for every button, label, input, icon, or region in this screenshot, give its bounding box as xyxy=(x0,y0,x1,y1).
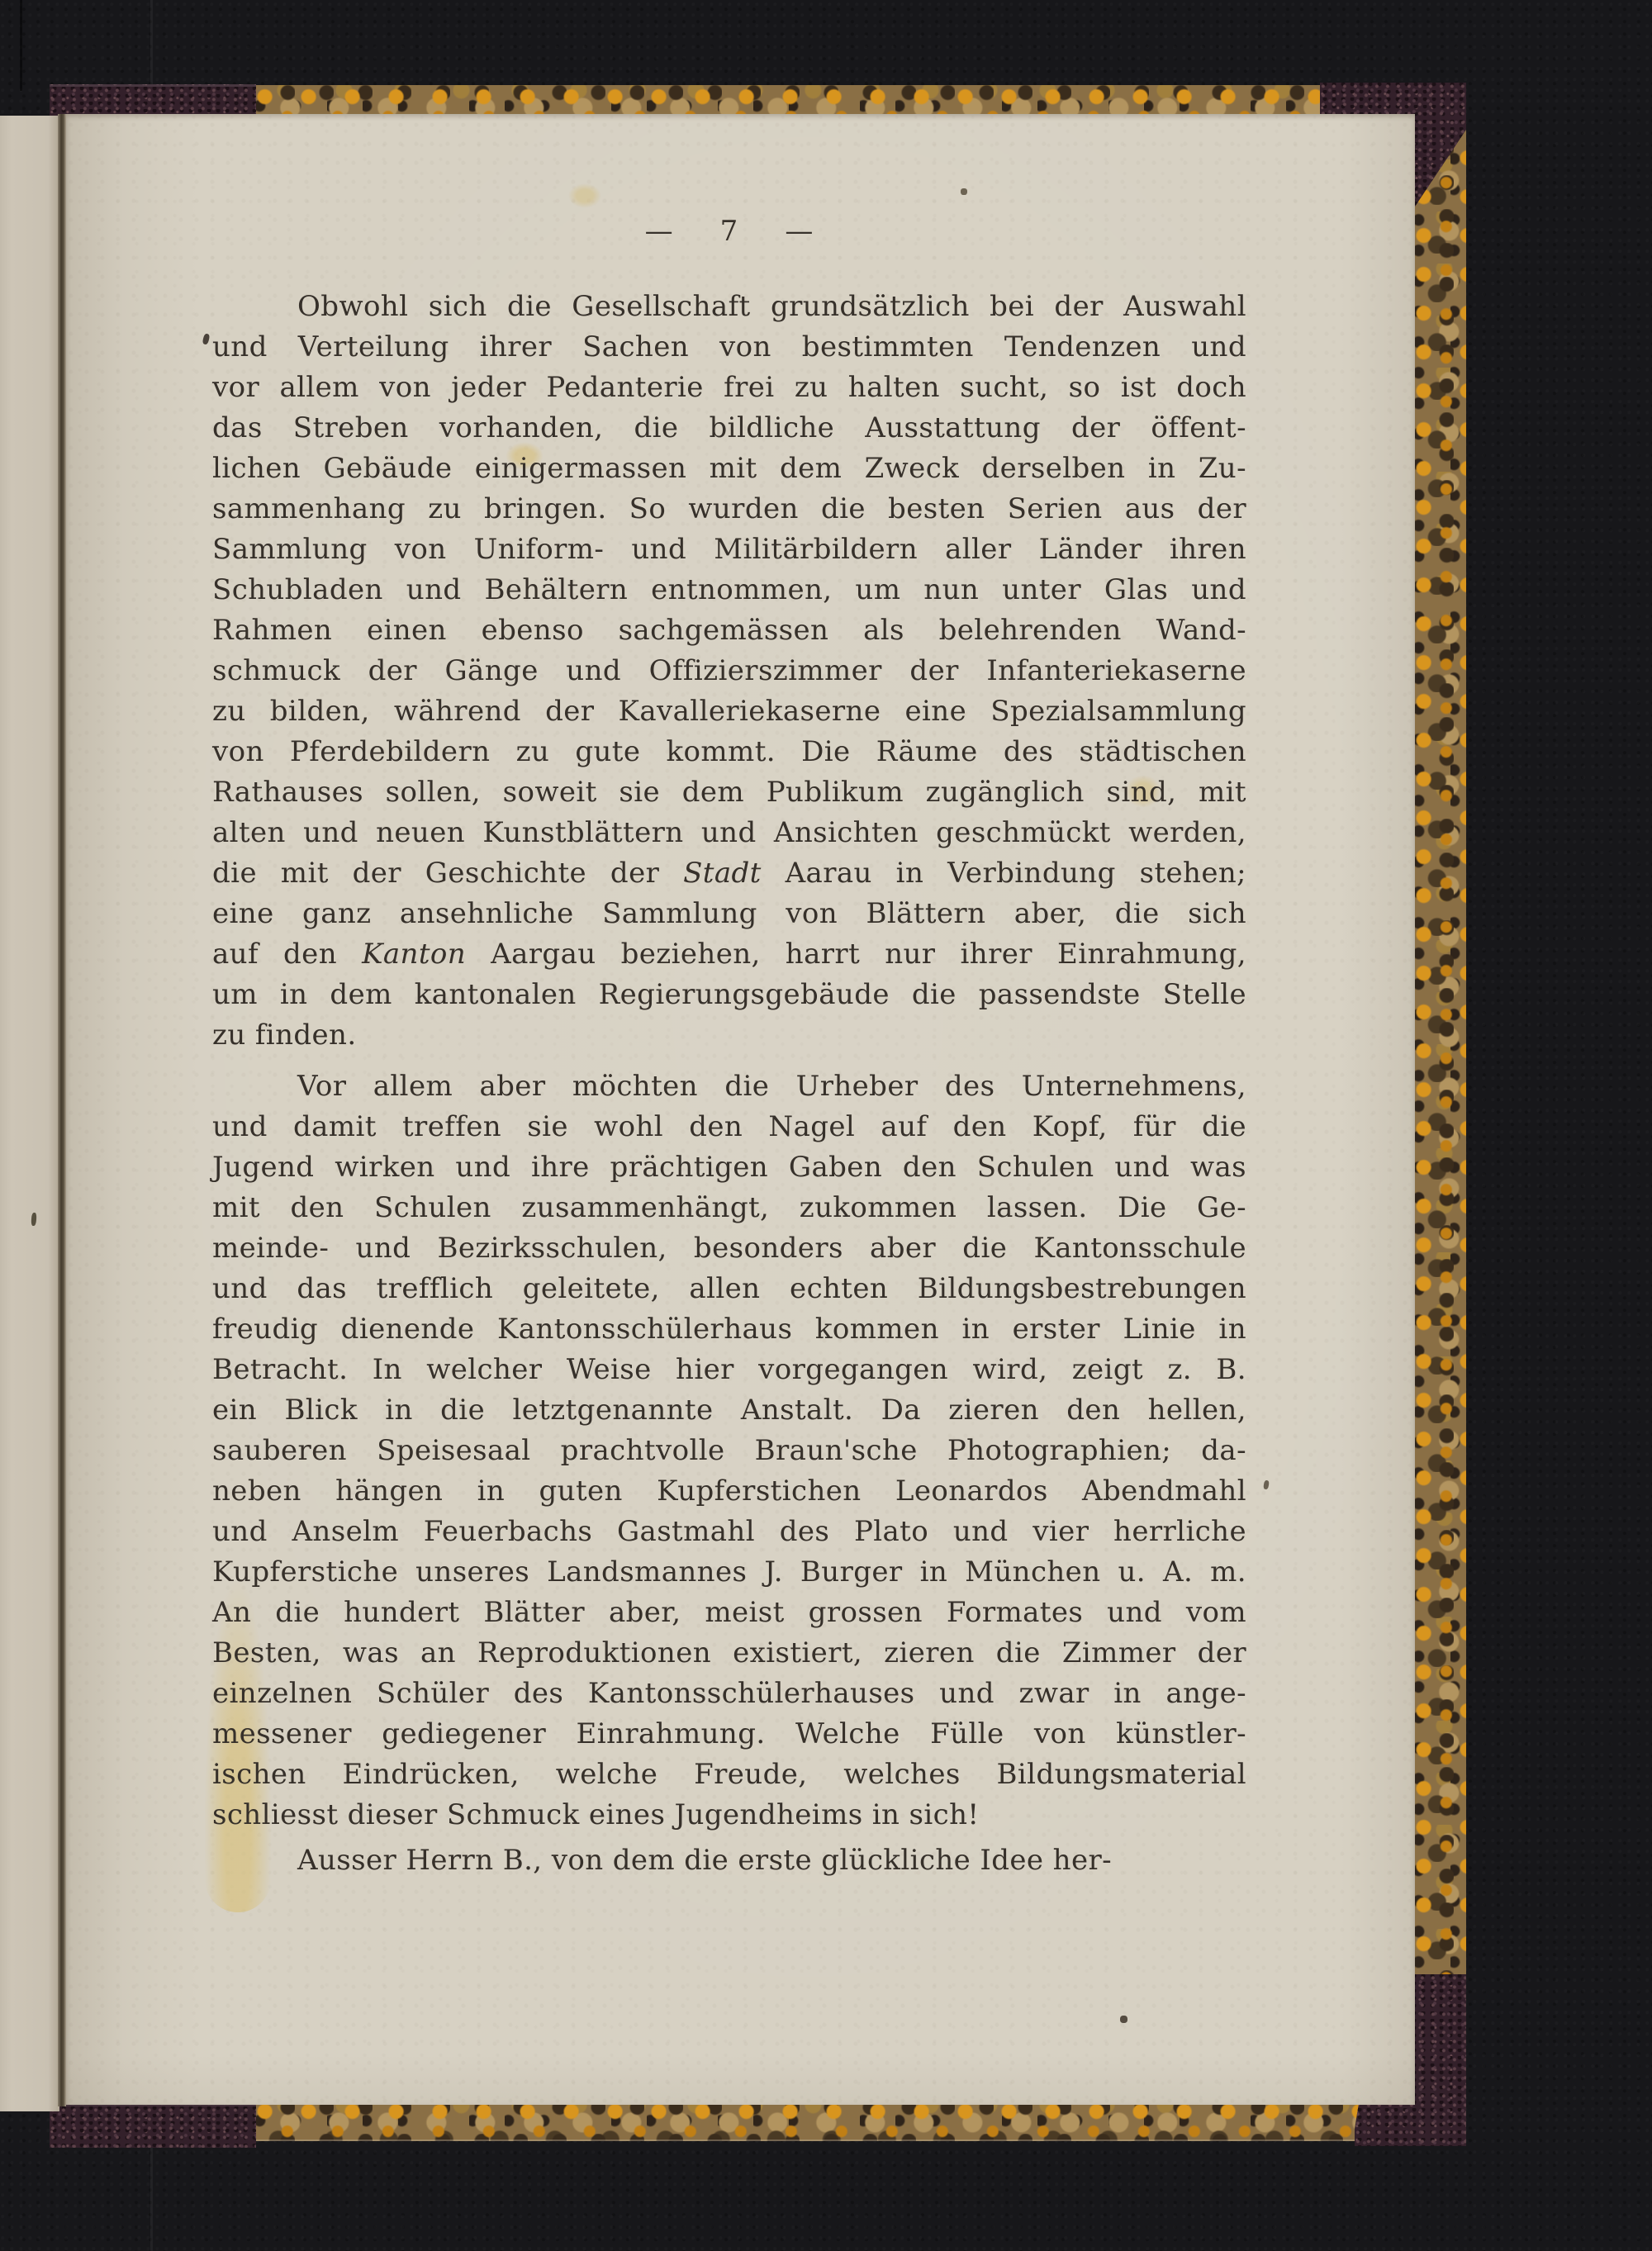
text-line: zu finden. xyxy=(212,1015,1246,1056)
ink-speck xyxy=(1263,1480,1270,1490)
spine-seam xyxy=(150,2144,153,2251)
text-line: die mit der Geschichte der Stadt Aarau i… xyxy=(212,853,1246,894)
text-line: um in dem kantonalen Regierungsgebäude d… xyxy=(212,975,1246,1015)
text-line: Jugend wirken und ihre prächtigen Gaben … xyxy=(212,1147,1246,1188)
leather-spine-edge-bottom xyxy=(50,2105,256,2148)
text-line: sauberen Speisesaal prachtvolle Braun'sc… xyxy=(212,1431,1246,1471)
ink-speck xyxy=(961,188,967,195)
spine-seam xyxy=(150,0,153,87)
text-line: ischen Eindrücken, welche Freude, welche… xyxy=(212,1755,1246,1795)
text-line: eine ganz ansehnliche Sammlung von Blätt… xyxy=(212,894,1246,934)
gutter-crease xyxy=(58,114,66,2106)
text-line: meinde- und Bezirksschulen, besonders ab… xyxy=(212,1228,1246,1269)
text-line: Ausser Herrn B., von dem die erste glück… xyxy=(212,1840,1246,1881)
folio-dash-left: — xyxy=(645,215,674,248)
paragraph: Obwohl sich die Gesellschaft grundsätzli… xyxy=(212,287,1246,1056)
text-line: und das trefflich geleitete, allen echte… xyxy=(212,1269,1246,1309)
text-line: sammenhang zu bringen. So wurden die bes… xyxy=(212,489,1246,530)
text-line: von Pferdebildern zu gute kommt. Die Räu… xyxy=(212,732,1246,772)
text-line: schmuck der Gänge und Offizierszimmer de… xyxy=(212,651,1246,691)
paragraph: Ausser Herrn B., von dem die erste glück… xyxy=(212,1840,1246,1881)
text-line: lichen Gebäude einigermassen mit dem Zwe… xyxy=(212,449,1246,489)
text-line: und Verteilung ihrer Sachen von bestimmt… xyxy=(212,327,1246,368)
page-number: 7 xyxy=(720,215,739,248)
text-line: das Streben vorhanden, die bildliche Aus… xyxy=(212,408,1246,449)
text-line: neben hängen in guten Kupferstichen Leon… xyxy=(212,1471,1246,1512)
ink-speck xyxy=(202,333,211,344)
text-line: Rahmen einen ebenso sachgemässen als bel… xyxy=(212,610,1246,651)
stain xyxy=(568,183,601,208)
paragraph: Vor allem aber möchten die Urheber des U… xyxy=(212,1066,1246,1835)
text-line: freudig dienende Kantonsschülerhaus komm… xyxy=(212,1309,1246,1350)
marbled-edge-bottom xyxy=(256,2100,1466,2141)
text-line: Vor allem aber möchten die Urheber des U… xyxy=(212,1066,1246,1107)
ink-speck xyxy=(1120,2016,1127,2023)
text-line: schliesst dieser Schmuck eines Jugendhei… xyxy=(212,1795,1246,1835)
text-line: Schubladen und Behältern entnommen, um n… xyxy=(212,570,1246,610)
text-line: einzelnen Schüler des Kantonsschülerhaus… xyxy=(212,1674,1246,1714)
text-line: auf den Kanton Aargau beziehen, harrt nu… xyxy=(212,934,1246,975)
text-line: mit den Schulen zusammenhängt, zukommen … xyxy=(212,1188,1246,1228)
text-line: und damit treffen sie wohl den Nagel auf… xyxy=(212,1107,1246,1147)
book-scan: — 7 — Obwohl sich die Gesellschaft grund… xyxy=(0,0,1652,2251)
text-line: ein Blick in die letztgenannte Anstalt. … xyxy=(212,1390,1246,1431)
page-number-row: — 7 — xyxy=(212,213,1246,249)
text-line: und Anselm Feuerbachs Gastmahl des Plato… xyxy=(212,1512,1246,1552)
facing-page-edge xyxy=(0,116,59,2111)
text-line: zu bilden, während der Kavalleriekaserne… xyxy=(212,691,1246,732)
text-line: messener gediegener Einrahmung. Welche F… xyxy=(212,1714,1246,1755)
text-line: An die hundert Blätter aber, meist gross… xyxy=(212,1593,1246,1633)
text-line: Besten, was an Reproduktionen existiert,… xyxy=(212,1633,1246,1674)
text-line: Betracht. In welcher Weise hier vorgegan… xyxy=(212,1350,1246,1390)
text-block: Obwohl sich die Gesellschaft grundsätzli… xyxy=(212,287,1246,1881)
text-line: Rathauses sollen, soweit sie dem Publiku… xyxy=(212,772,1246,813)
text-line: vor allem von jeder Pedanterie frei zu h… xyxy=(212,368,1246,408)
spine-seam xyxy=(20,0,22,91)
folio-dash-right: — xyxy=(785,215,814,248)
text-line: Obwohl sich die Gesellschaft grundsätzli… xyxy=(212,287,1246,327)
marbled-edge-right xyxy=(1415,107,1466,2123)
text-line: Kupferstiche unseres Landsmannes J. Burg… xyxy=(212,1552,1246,1593)
text-line: Sammlung von Uniform- und Militärbildern… xyxy=(212,530,1246,570)
text-line: alten und neuen Kunstblättern und Ansich… xyxy=(212,813,1246,853)
